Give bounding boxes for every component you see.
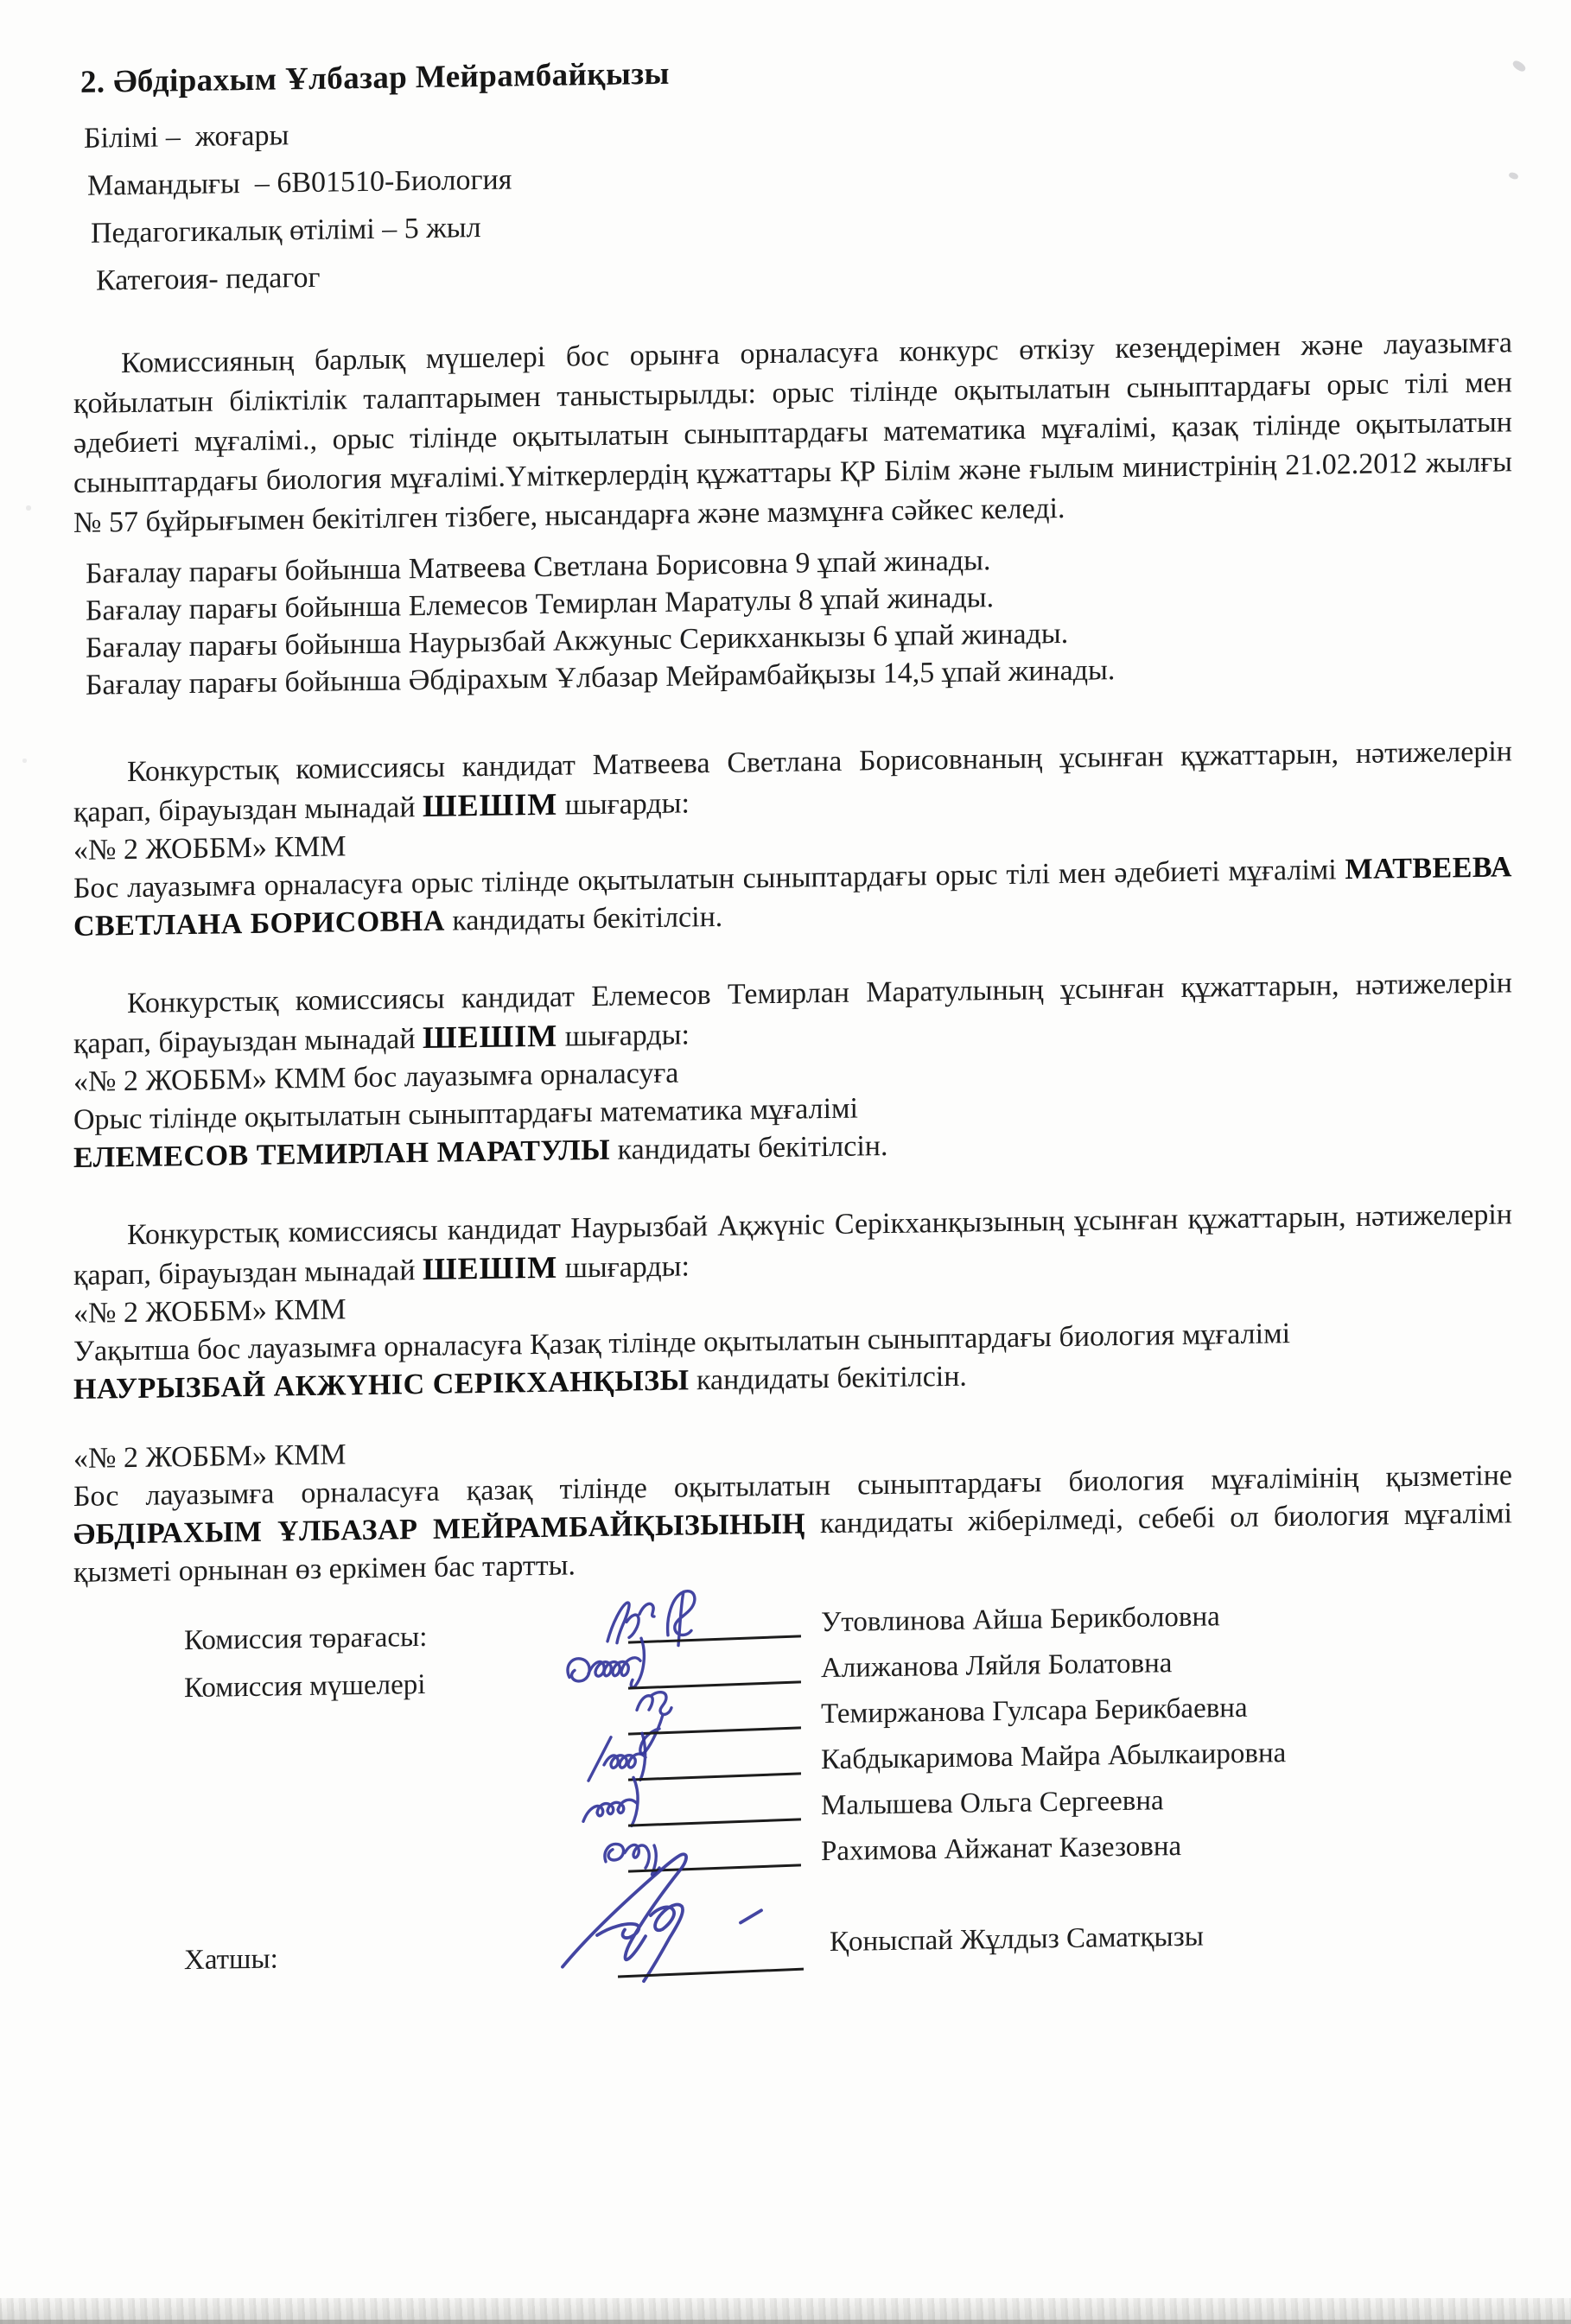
scan-speck bbox=[1511, 59, 1527, 73]
scan-speck bbox=[22, 759, 27, 763]
secretary-label: Хатшы: bbox=[184, 1943, 278, 1977]
signatory-name: Алижанова Ляйля Болатовна bbox=[821, 1648, 1172, 1685]
decision-text-segment: кандидаты бекітілсін. bbox=[690, 1361, 967, 1397]
candidate-name: ЕЛЕМЕСОВ ТЕМИРЛАН МАРАТУЛЫ bbox=[73, 1134, 610, 1174]
decision-text-segment: кандидаты бекітілсін. bbox=[610, 1130, 887, 1166]
signatory-name: Темиржанова Гулсара Берикбаевна bbox=[821, 1692, 1248, 1730]
scan-edge-line bbox=[0, 2320, 1571, 2324]
candidate-name: НАУРЫЗБАЙ АКЖҮНІС СЕРІКХАНҚЫЗЫ bbox=[73, 1364, 690, 1406]
signatory-name: Кабдыкаримова Майра Абылкаировна bbox=[821, 1737, 1286, 1776]
intro-paragraph: Комиссияның барлық мүшелері бос орынға о… bbox=[73, 323, 1512, 543]
decision-keyword: ШЕШІМ bbox=[423, 1019, 557, 1055]
signature-section: Комиссия төрағасы: Комиссия мүшелері Уто… bbox=[73, 1590, 1512, 2095]
scanned-document-page: 2. Әбдірахым Ұлбазар Мейрамбайқызы Білім… bbox=[0, 0, 1571, 2324]
decision-text-segment: шығарды: bbox=[557, 787, 690, 821]
document-content: 2. Әбдірахым Ұлбазар Мейрамбайқызы Білім… bbox=[73, 32, 1512, 2095]
decision-body: Бос лауазымға орналасуға қазақ тілінде о… bbox=[73, 1457, 1512, 1592]
decision-text-segment: шығарды: bbox=[557, 1019, 690, 1052]
decision-block-yelemesov: Конкурстық комиссиясы кандидат Елемесов … bbox=[73, 964, 1512, 1178]
decision-text-segment: кандидаты бекітілсін. bbox=[445, 901, 722, 937]
signatory-name: Утовлинова Айша Берикболовна bbox=[821, 1601, 1220, 1639]
decision-block-abdirakhym: «№ 2 ЖОББМ» КММ Бос лауазымға орналасуға… bbox=[73, 1419, 1512, 1592]
decision-text-segment: шығарды: bbox=[557, 1250, 690, 1284]
decision-block-matveeva: Конкурстық комиссиясы кандидат Матвеева … bbox=[73, 733, 1512, 946]
scan-speck bbox=[26, 505, 31, 511]
signatory-name: Рахимова Айжанат Казезовна bbox=[821, 1831, 1181, 1868]
candidate-name: ӘБДІРАХЫМ ҰЛБАЗАР МЕЙРАМБАЙҚЫЗЫНЫҢ bbox=[73, 1508, 805, 1551]
score-list: Бағалау парағы бойынша Матвеева Светлана… bbox=[73, 534, 1512, 704]
signatory-name: Малышева Ольга Сергеевна bbox=[821, 1785, 1164, 1822]
signatory-name: Қоныспай Жұлдыз Саматқызы bbox=[830, 1921, 1204, 1959]
decision-block-nauryzbay: Конкурстық комиссиясы кандидат Наурызбай… bbox=[73, 1196, 1512, 1409]
candidate-heading: 2. Әбдірахым Ұлбазар Мейрамбайқызы bbox=[80, 42, 1512, 101]
decision-keyword: ШЕШІМ bbox=[423, 787, 557, 823]
decision-keyword: ШЕШІМ bbox=[423, 1250, 557, 1286]
